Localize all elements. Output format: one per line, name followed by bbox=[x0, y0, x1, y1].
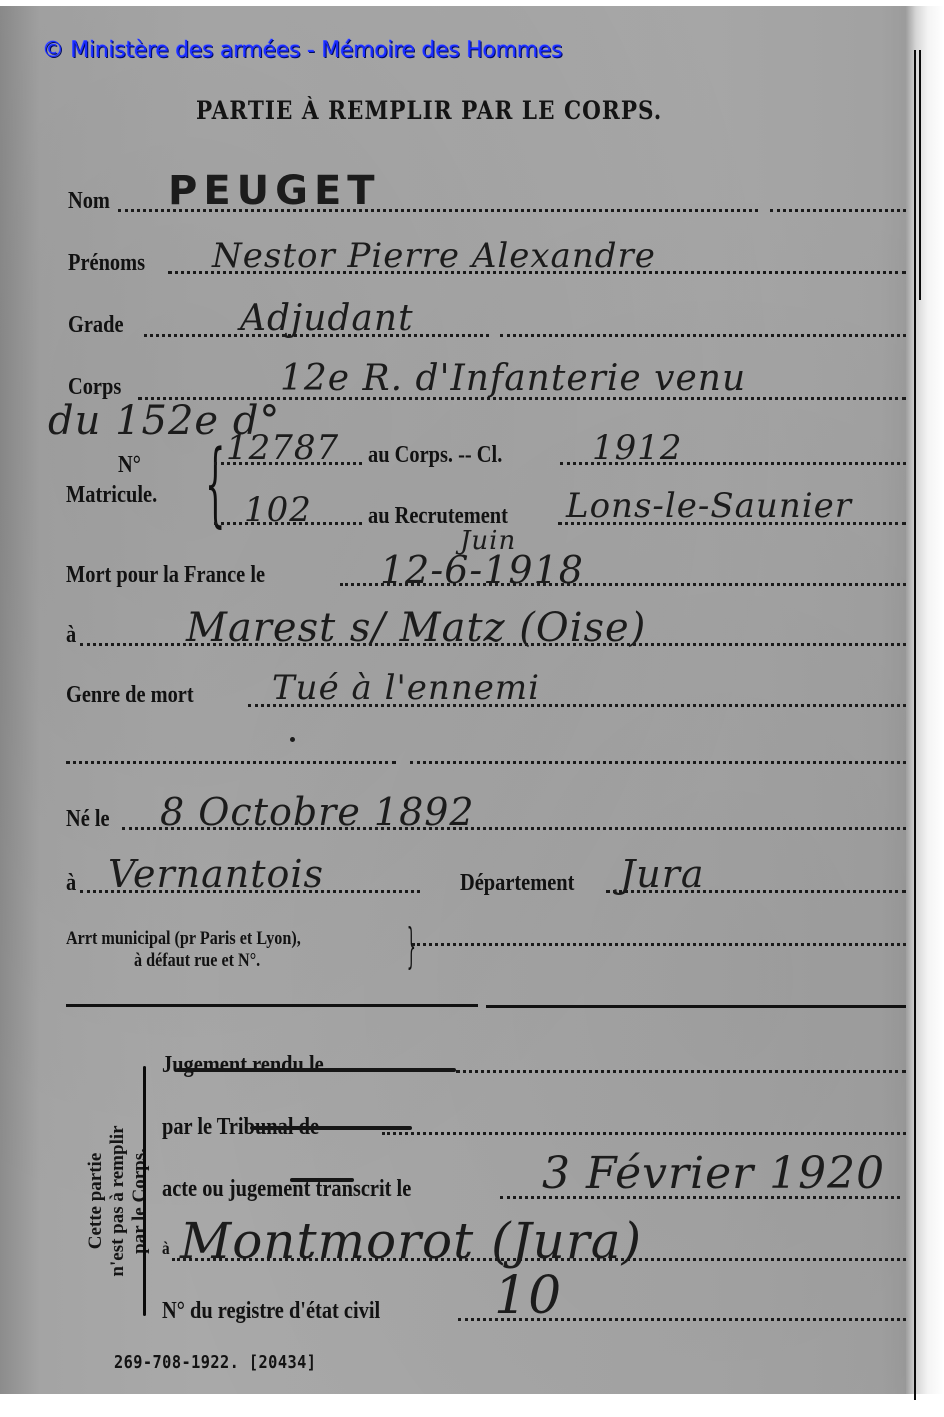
side-note-line-3: par le Corps. bbox=[129, 1091, 151, 1311]
ne-lieu-value: Vernantois bbox=[108, 852, 324, 896]
grade-dotted-line-end bbox=[500, 334, 906, 337]
border-line-right bbox=[919, 50, 921, 300]
grade-label: Grade bbox=[68, 312, 124, 339]
corps-value: 12e R. d'Infanterie venu bbox=[280, 358, 746, 399]
paper-edge bbox=[906, 6, 944, 1394]
extra-dotted-line-2 bbox=[410, 761, 906, 764]
jugement-label: Jugement rendu le bbox=[162, 1052, 324, 1079]
genre-mort-label: Genre de mort bbox=[66, 682, 194, 709]
mort-lieu-label: à bbox=[66, 622, 76, 649]
departement-value: Jura bbox=[620, 852, 705, 896]
classe-value: 1912 bbox=[592, 428, 683, 468]
arrondissement-dotted bbox=[412, 943, 906, 946]
matricule-label-no: N° bbox=[118, 452, 141, 479]
recrutement-number: 102 bbox=[244, 490, 312, 530]
side-note-line-2: n'est pas à remplir bbox=[107, 1091, 129, 1311]
mort-lieu-value: Marest s/ Matz (Oise) bbox=[186, 605, 646, 651]
ne-le-label: Né le bbox=[66, 806, 110, 833]
genre-mort-value: Tué à l'ennemi bbox=[272, 668, 540, 708]
matricule-label: Matricule. bbox=[66, 482, 157, 509]
jugement-dotted bbox=[456, 1070, 906, 1073]
transcription-lieu-label: à bbox=[162, 1238, 170, 1259]
border-line-left bbox=[914, 50, 916, 1400]
tribunal-strikethrough bbox=[250, 1126, 412, 1130]
nom-value: PEUGET bbox=[168, 168, 381, 214]
side-note-line-1: Cette partie bbox=[85, 1091, 107, 1311]
separator-left bbox=[66, 1004, 478, 1007]
prenoms-label: Prénoms bbox=[68, 250, 145, 277]
transcrit-label: acte ou jugement transcrit le bbox=[162, 1176, 411, 1203]
mort-date-correction: Juin bbox=[460, 526, 516, 556]
matricule-corps-number: 12787 bbox=[226, 428, 339, 468]
copyright-watermark: © Ministère des armées - Mémoire des Hom… bbox=[42, 38, 562, 63]
arrondissement-label-1: Arrt municipal (pr Paris et Lyon), bbox=[66, 928, 301, 950]
matricule-brace: { bbox=[205, 438, 225, 530]
section-brace-line bbox=[143, 1066, 146, 1316]
ne-le-value: 8 Octobre 1892 bbox=[160, 790, 475, 834]
mort-date-label: Mort pour la France le bbox=[66, 562, 265, 589]
departement-label: Département bbox=[460, 870, 574, 897]
corps-label: Corps bbox=[68, 374, 121, 401]
arrondissement-brace: } bbox=[407, 922, 416, 970]
form-reference: 269-708-1922. [20434] bbox=[114, 1352, 316, 1373]
nom-dotted-line-end bbox=[770, 209, 906, 212]
registre-label: N° du registre d'état civil bbox=[162, 1298, 380, 1325]
au-corps-label: au Corps. -- Cl. bbox=[368, 442, 502, 469]
arrondissement-label-2: à défaut rue et N°. bbox=[134, 950, 260, 972]
ne-lieu-label: à bbox=[66, 870, 76, 897]
nom-label: Nom bbox=[68, 188, 110, 215]
separator-right bbox=[486, 1005, 906, 1008]
extra-dotted-line-1 bbox=[66, 761, 396, 764]
page-title: PARTIE À REMPLIR PAR LE CORPS. bbox=[196, 96, 662, 125]
transcrit-strikethrough bbox=[290, 1178, 354, 1182]
ink-speck bbox=[290, 737, 295, 742]
prenoms-value: Nestor Pierre Alexandre bbox=[212, 236, 656, 276]
tribunal-dotted bbox=[382, 1132, 906, 1135]
transcrit-value: 3 Février 1920 bbox=[542, 1148, 885, 1199]
recrutement-value: Lons-le-Saunier bbox=[566, 486, 852, 526]
grade-value: Adjudant bbox=[240, 298, 414, 339]
transcription-lieu-value: Montmorot (Jura) bbox=[180, 1212, 642, 1270]
jugement-strikethrough bbox=[176, 1068, 456, 1072]
registre-value: 10 bbox=[494, 1266, 562, 1326]
